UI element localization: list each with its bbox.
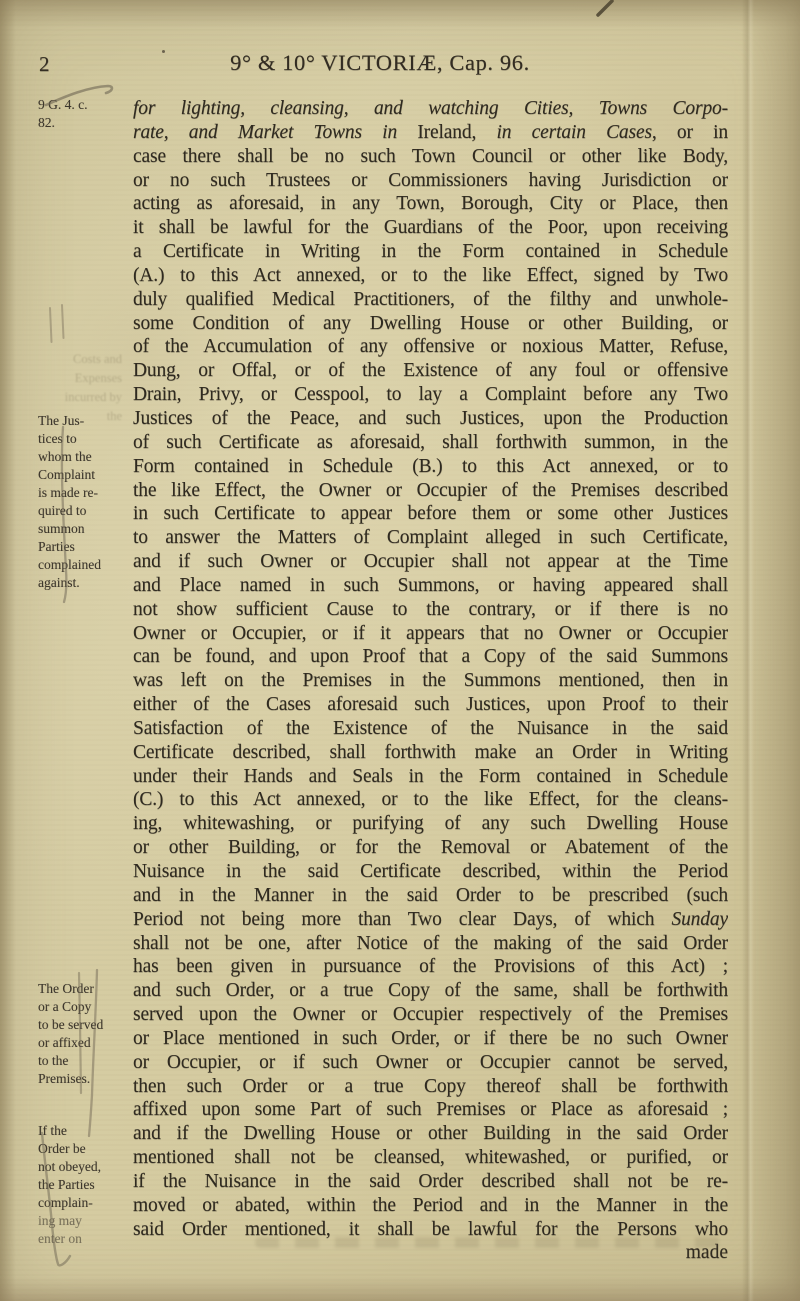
- note-line: incurred by: [26, 388, 122, 407]
- book-page: 2 9° & 10° VICTORIÆ, Cap. 96. 9 G. 4. c.…: [0, 0, 800, 1301]
- body-line: served upon the Owner or Occupier respec…: [133, 1003, 728, 1027]
- body-line: Owner or Occupier, or if it appears that…: [133, 622, 728, 646]
- page-bottom-edge-shadow: [0, 1277, 800, 1301]
- note-line: quired to: [38, 502, 132, 520]
- note-line: Parties: [38, 538, 132, 556]
- body-line: or Occupier, or if such Owner or Occupie…: [133, 1051, 728, 1075]
- body-line: Certificate described, shall forthwith m…: [133, 741, 728, 765]
- body-line: of such Certificate as aforesaid, shall …: [133, 431, 728, 455]
- body-line: to answer the Matters of Complaint alleg…: [133, 526, 728, 550]
- body-line: Period not being more than Two clear Day…: [133, 908, 728, 932]
- body-line: Satisfaction of the Existence of the Nui…: [133, 717, 728, 741]
- margin-note-order-service: The Orderor a Copyto be servedor affixed…: [38, 980, 132, 1088]
- note-line: to be served: [38, 1016, 132, 1034]
- note-line: Complaint: [38, 466, 132, 484]
- margin-note-justices-duty: The Jus-tices towhom theComplaintis made…: [38, 412, 132, 592]
- body-line: and Place named in such Summons, or havi…: [133, 574, 728, 598]
- note-line: to the: [38, 1052, 132, 1070]
- body-line: Form contained in Schedule (B.) to this …: [133, 455, 728, 479]
- note-line: 9 G. 4. c.: [38, 96, 132, 114]
- note-line: not obeyed,: [38, 1158, 132, 1176]
- note-line: Order be: [38, 1140, 132, 1158]
- page-top-edge-shadow: [0, 0, 800, 28]
- note-line: Expenses: [26, 369, 122, 388]
- body-line: then such Order or a true Copy thereof s…: [133, 1075, 728, 1099]
- note-line: The Order: [38, 980, 132, 998]
- body-line: or no such Trustees or Commissioners hav…: [133, 169, 728, 193]
- showthrough-text: Costs andExpensesincurred bythe: [26, 350, 122, 426]
- note-line: complain-: [38, 1194, 132, 1212]
- note-line: 82.: [38, 114, 132, 132]
- body-line: the like Effect, the Owner or Occupier o…: [133, 479, 728, 503]
- body-line: if the Nuisance in the said Order descri…: [133, 1170, 728, 1194]
- body-line: Dung, or Offal, or of the Existence of a…: [133, 359, 728, 383]
- note-line: against.: [38, 574, 132, 592]
- body-line: Drain, Privy, or Cesspool, to lay a Comp…: [133, 383, 728, 407]
- body-line: and in the Manner in the said Order to b…: [133, 884, 728, 908]
- pencil-tick: [50, 308, 52, 342]
- body-line: (A.) to this Act annexed, or to the like…: [133, 264, 728, 288]
- margin-note-citation: 9 G. 4. c.82.: [38, 96, 132, 132]
- body-line: affixed upon some Part of such Premises …: [133, 1098, 728, 1122]
- body-line: acting as aforesaid, in any Town, Boroug…: [133, 192, 728, 216]
- body-line: Justices of the Peace, and such Justices…: [133, 407, 728, 431]
- body-line: of the Accumulation of any offensive or …: [133, 335, 728, 359]
- body-line: and if such Owner or Occupier shall not …: [133, 550, 728, 574]
- note-line: ing may: [38, 1212, 132, 1230]
- body-line: (C.) to this Act annexed, or to the like…: [133, 788, 728, 812]
- act-body-text: for lighting, cleansing, and watching Ci…: [133, 97, 728, 1242]
- page-number: 2: [39, 52, 50, 77]
- body-line: Nuisance in the said Certificate describ…: [133, 860, 728, 884]
- note-line: summon: [38, 520, 132, 538]
- body-line: and if the Dwelling House or other Build…: [133, 1122, 728, 1146]
- body-line: for lighting, cleansing, and watching Ci…: [133, 97, 728, 121]
- body-line: duly qualified Medical Practitioners, of…: [133, 288, 728, 312]
- body-line: a Certificate in Writing in the Form con…: [133, 240, 728, 264]
- page-right-edge-shadow: [730, 0, 800, 1301]
- body-line: some Condition of any Dwelling House or …: [133, 312, 728, 336]
- note-line: the: [26, 407, 122, 426]
- showthrough-band: [255, 1237, 720, 1248]
- pencil-tick: [62, 305, 64, 338]
- body-line: or other Building, or for the Removal or…: [133, 836, 728, 860]
- note-line: complained: [38, 556, 132, 574]
- body-line: case there shall be no such Town Council…: [133, 145, 728, 169]
- body-line: has been given in pursuance of the Provi…: [133, 955, 728, 979]
- page-left-edge-shadow: [0, 0, 16, 1301]
- note-line: or affixed: [38, 1034, 132, 1052]
- body-line: was left on the Premises in the Summons …: [133, 669, 728, 693]
- body-line: moved or abated, within the Period and i…: [133, 1194, 728, 1218]
- body-line: either of the Cases aforesaid such Justi…: [133, 693, 728, 717]
- ink-speck: [162, 50, 165, 53]
- note-line: whom the: [38, 448, 132, 466]
- note-line: tices to: [38, 430, 132, 448]
- page-header-title: 9° & 10° VICTORIÆ, Cap. 96.: [230, 50, 530, 76]
- body-line: under their Hands and Seals in the Form …: [133, 765, 728, 789]
- page-crease: [742, 0, 754, 1301]
- note-line: enter on: [38, 1230, 132, 1248]
- note-line: is made re-: [38, 484, 132, 502]
- body-line: ing, whitewashing, or purifying of any s…: [133, 812, 728, 836]
- body-line: rate, and Market Towns in Ireland, in ce…: [133, 121, 728, 145]
- body-line: and such Order, or a true Copy of the sa…: [133, 979, 728, 1003]
- note-line: or a Copy: [38, 998, 132, 1016]
- body-line: not show sufficient Cause to the contrar…: [133, 598, 728, 622]
- body-line: or Place mentioned in such Order, or if …: [133, 1027, 728, 1051]
- body-line: in such Certificate to appear before the…: [133, 502, 728, 526]
- body-line: mentioned shall not be cleansed, whitewa…: [133, 1146, 728, 1170]
- body-line: can be found, and upon Proof that a Copy…: [133, 645, 728, 669]
- note-line: If the: [38, 1122, 132, 1140]
- note-line: Premises.: [38, 1070, 132, 1088]
- note-line: Costs and: [26, 350, 122, 369]
- margin-note-non-compliance: If theOrder benot obeyed,the Partiescomp…: [38, 1122, 132, 1248]
- body-line: it shall be lawful for the Guardians of …: [133, 216, 728, 240]
- note-line: the Parties: [38, 1176, 132, 1194]
- body-line: shall not be one, after Notice of the ma…: [133, 932, 728, 956]
